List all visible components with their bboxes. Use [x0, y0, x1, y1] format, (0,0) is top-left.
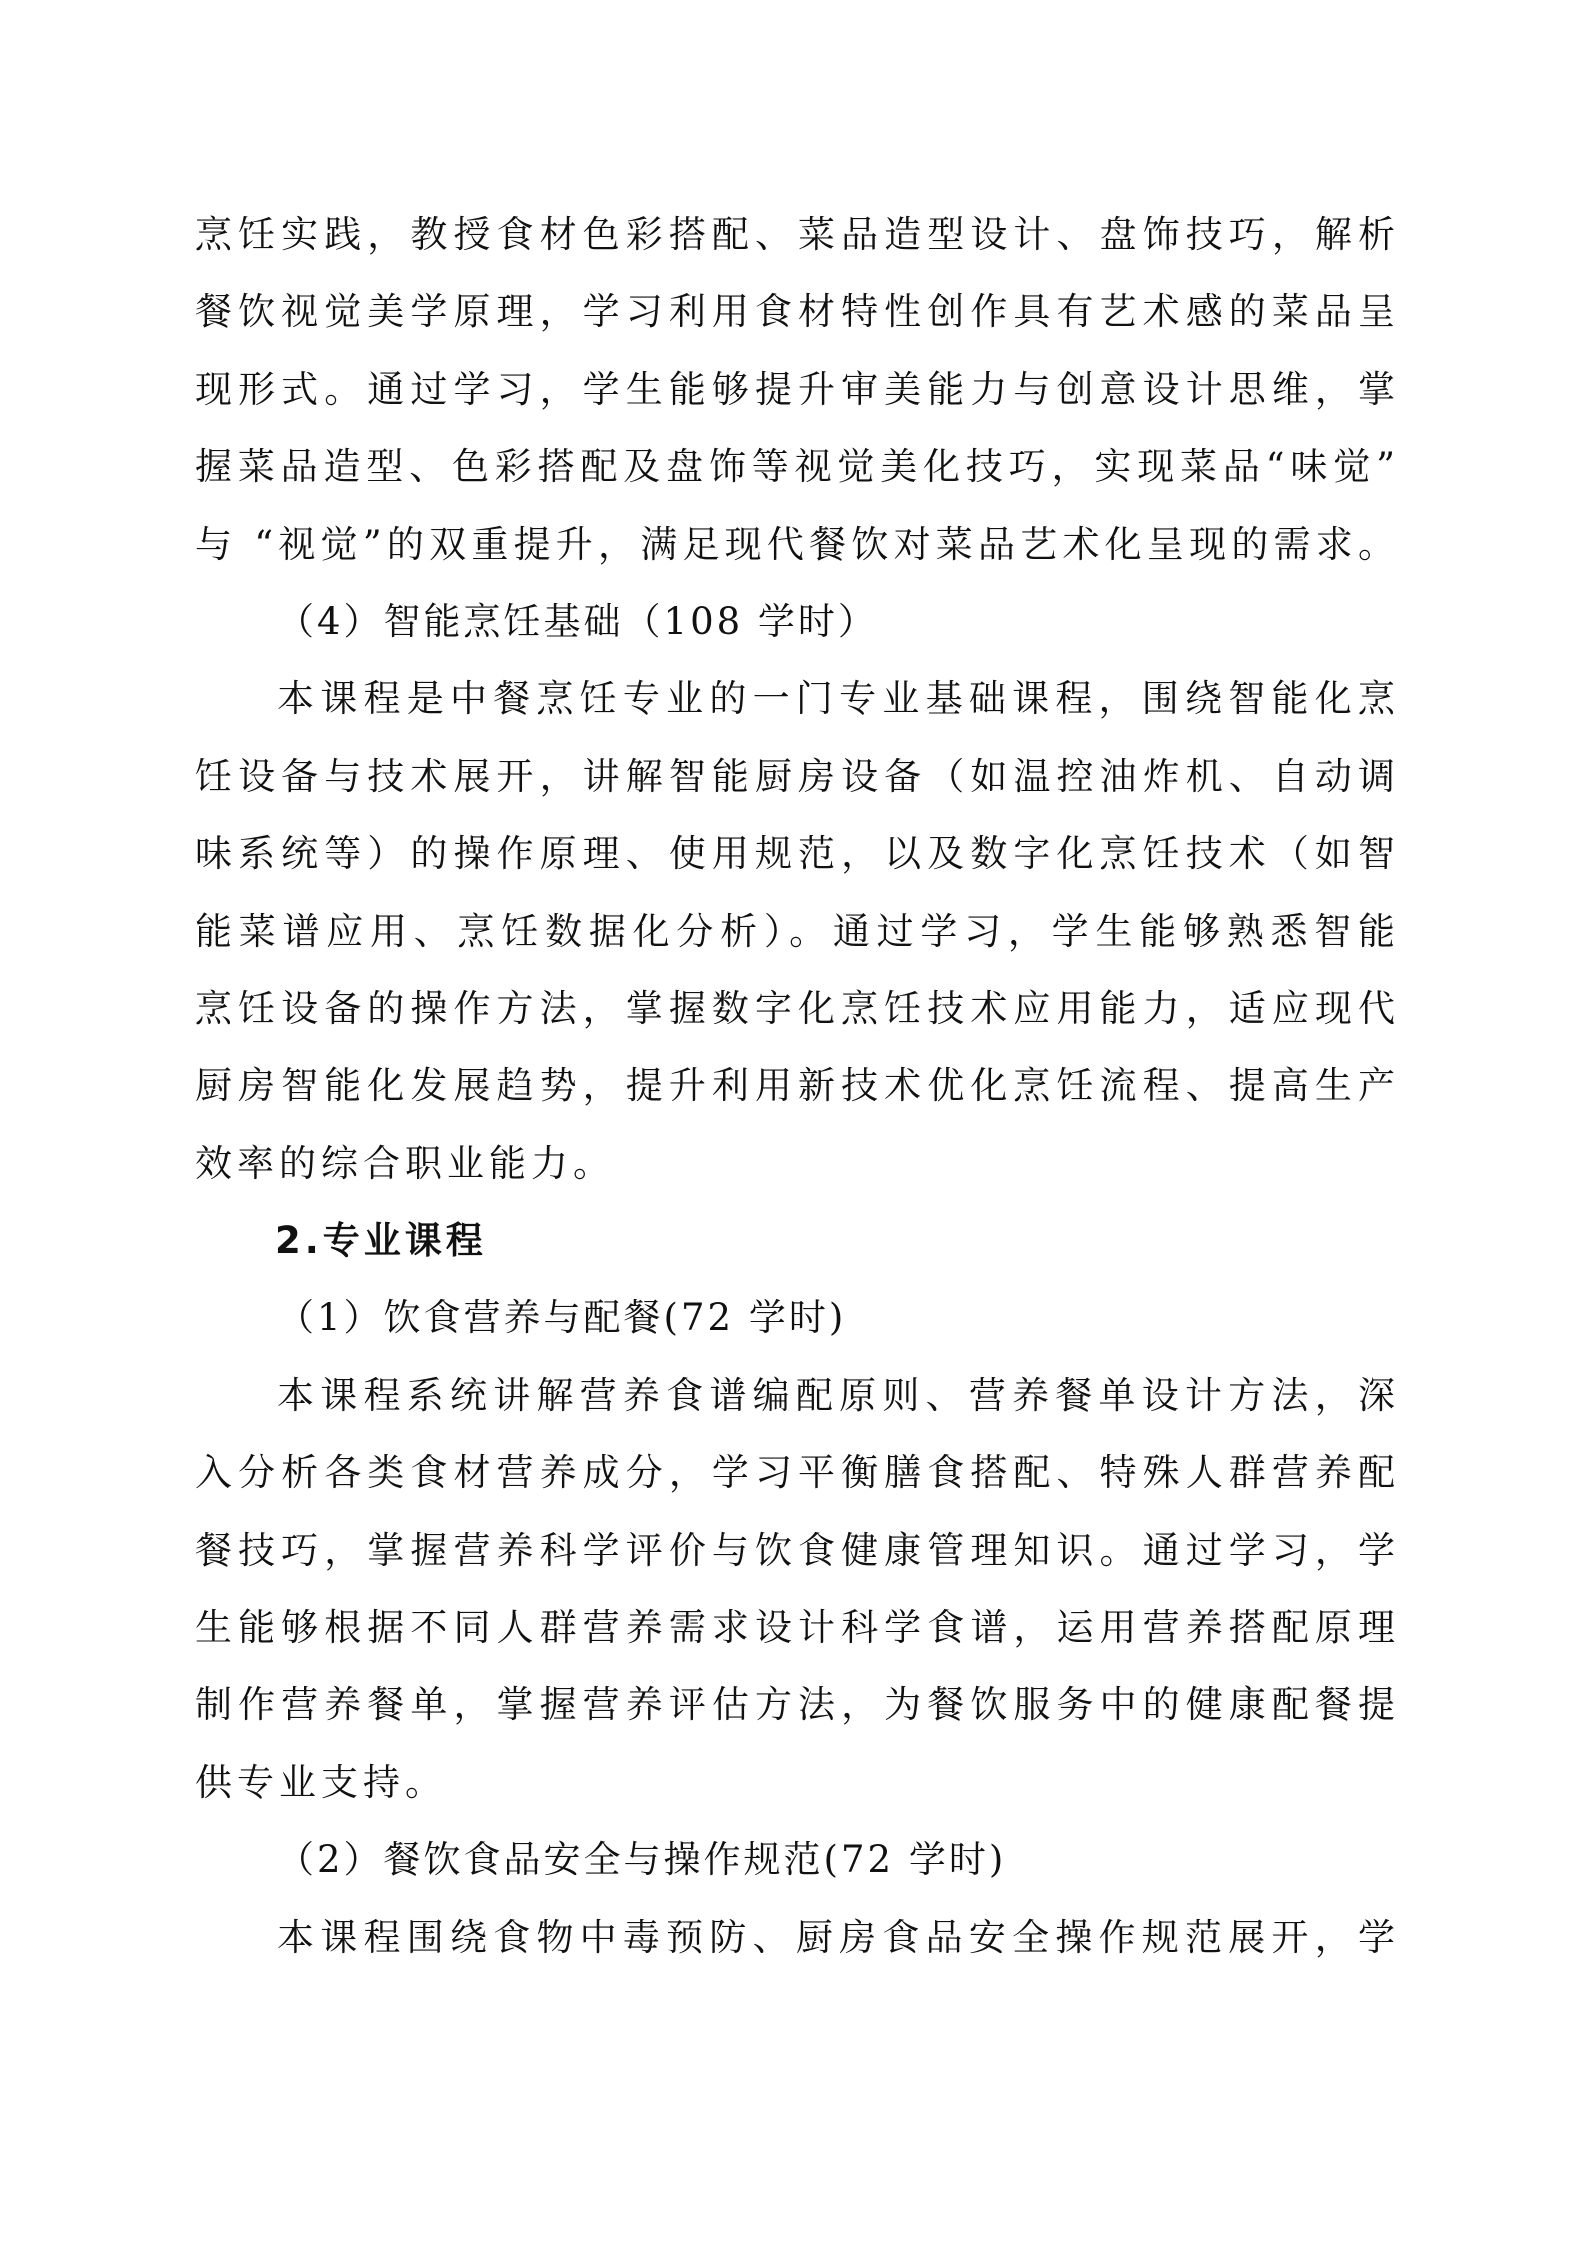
paragraph-nutrition: 本课程系统讲解营养食谱编配原则、营养餐单设计方法，深 入分析各类食材营养成分，学… [195, 1357, 1395, 1821]
text-line: 烹饪设备的操作方法，掌握数字化烹饪技术应用能力，适应现代 [195, 970, 1395, 1047]
text-line: 效率的综合职业能力。 [195, 1125, 1395, 1202]
text-line: 本课程围绕食物中毒预防、厨房食品安全操作规范展开，学 [195, 1899, 1395, 1976]
text-line: 厨房智能化发展趋势，提升利用新技术优化烹饪流程、提高生产 [195, 1047, 1395, 1124]
course-heading-food-safety: （2）餐饮食品安全与操作规范(72 学时) [195, 1821, 1395, 1898]
section-heading-professional-courses: 2.专业课程 [195, 1202, 1395, 1279]
document-body: 烹饪实践，教授食材色彩搭配、菜品造型设计、盘饰技巧，解析 餐饮视觉美学原理，学习… [195, 196, 1395, 1976]
course-heading-nutrition: （1）饮食营养与配餐(72 学时) [195, 1279, 1395, 1356]
course-heading-smart-cooking: （4）智能烹饪基础（108 学时） [195, 583, 1395, 660]
text-line: 制作营养餐单，掌握营养评估方法，为餐饮服务中的健康配餐提 [195, 1666, 1395, 1743]
paragraph-continued: 烹饪实践，教授食材色彩搭配、菜品造型设计、盘饰技巧，解析 餐饮视觉美学原理，学习… [195, 196, 1395, 583]
text-line: 餐技巧，掌握营养科学评价与饮食健康管理知识。通过学习，学 [195, 1512, 1395, 1589]
text-line: 现形式。通过学习，学生能够提升审美能力与创意设计思维，掌 [195, 351, 1395, 428]
document-page: 烹饪实践，教授食材色彩搭配、菜品造型设计、盘饰技巧，解析 餐饮视觉美学原理，学习… [0, 0, 1587, 2245]
paragraph-smart-cooking: 本课程是中餐烹饪专业的一门专业基础课程，围绕智能化烹 饪设备与技术展开，讲解智能… [195, 660, 1395, 1202]
text-line: 味系统等）的操作原理、使用规范，以及数字化烹饪技术（如智 [195, 815, 1395, 892]
text-line: 生能够根据不同人群营养需求设计科学食谱，运用营养搭配原理 [195, 1589, 1395, 1666]
text-line: 与 “视觉”的双重提升，满足现代餐饮对菜品艺术化呈现的需求。 [195, 506, 1395, 583]
text-line: 本课程是中餐烹饪专业的一门专业基础课程，围绕智能化烹 [195, 660, 1395, 737]
text-line: 能菜谱应用、烹饪数据化分析）。通过学习，学生能够熟悉智能 [195, 893, 1395, 970]
text-line: 餐饮视觉美学原理，学习利用食材特性创作具有艺术感的菜品呈 [195, 273, 1395, 350]
text-line: 烹饪实践，教授食材色彩搭配、菜品造型设计、盘饰技巧，解析 [195, 196, 1395, 273]
text-line: 握菜品造型、色彩搭配及盘饰等视觉美化技巧，实现菜品“味觉” [195, 428, 1395, 505]
text-line: 饪设备与技术展开，讲解智能厨房设备（如温控油炸机、自动调 [195, 738, 1395, 815]
text-line: 供专业支持。 [195, 1744, 1395, 1821]
paragraph-food-safety: 本课程围绕食物中毒预防、厨房食品安全操作规范展开，学 [195, 1899, 1395, 1976]
text-line: 入分析各类食材营养成分，学习平衡膳食搭配、特殊人群营养配 [195, 1434, 1395, 1511]
text-line: 本课程系统讲解营养食谱编配原则、营养餐单设计方法，深 [195, 1357, 1395, 1434]
